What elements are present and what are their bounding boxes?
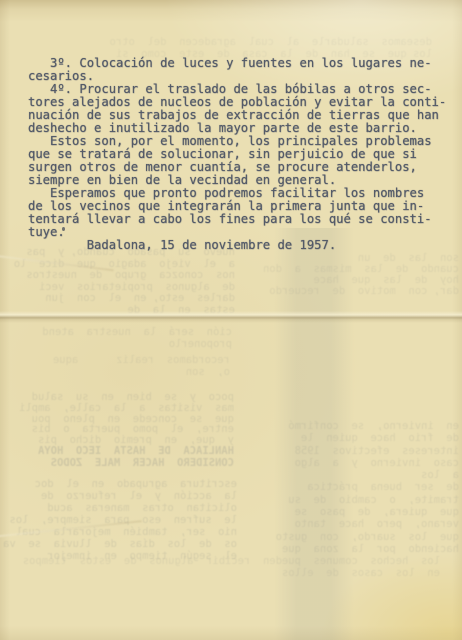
typed-letter-text: 3º. Colocación de luces y fuentes en los… (28, 57, 446, 252)
typed-line: Badalona, 15 de noviembre de 1957. (28, 239, 446, 252)
typed-line: tentará llevar a cabo los fines para los… (28, 213, 446, 226)
bleedthrough-text: ción será la nuestra atend proponerlo (2, 327, 232, 350)
bleedthrough-text: poco y se bien en su salud mas visitas a… (2, 392, 234, 446)
bleedthrough-text: escritura agrupado en el doc la acción y… (2, 478, 237, 562)
bleedthrough-text: recordamos realiz aque o, son (2, 354, 230, 378)
ink-speck (62, 227, 65, 231)
scanned-letter-page: deseamos saludarle al cual agradecen del… (0, 0, 462, 640)
bleedthrough-text: los hechos comunes pueden recibir alguno… (20, 556, 440, 579)
bleedthrough-text: HANLIACA DE HASTA IECO HOYA CONSIDERO HA… (2, 446, 234, 469)
fold-shadow-vertical (274, 228, 354, 640)
bleedthrough-text: nuevo su pasado cuando, y pas a el viejo… (2, 247, 235, 316)
fold-crease-horizontal (0, 311, 462, 323)
